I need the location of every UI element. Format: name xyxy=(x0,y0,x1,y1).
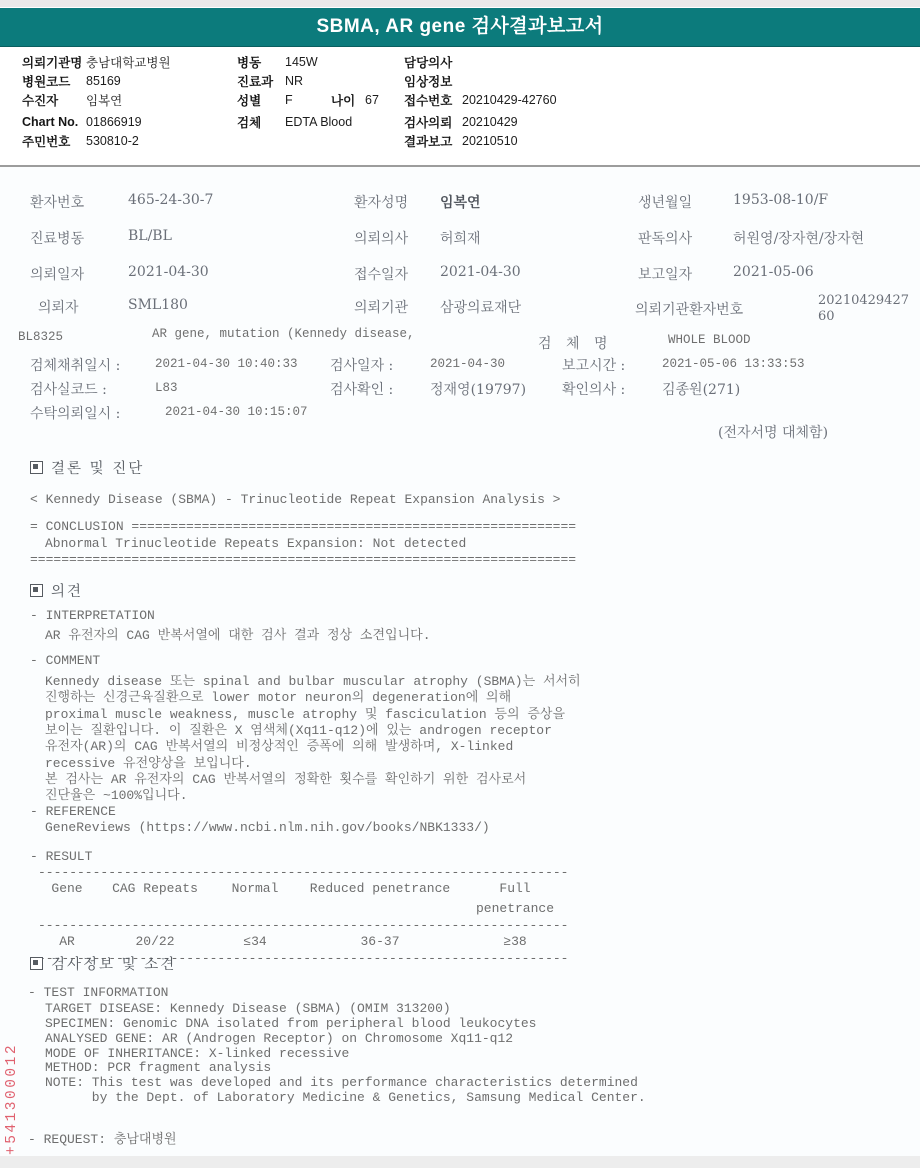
request-line: - REQUEST: 충남대병원 xyxy=(28,1128,177,1147)
patient-field-label: 환자성명 xyxy=(354,192,408,212)
test-info-line: TARGET DISEASE: Kennedy Disease (SBMA) (… xyxy=(45,1001,451,1016)
bottom-edge-strip xyxy=(0,1156,920,1168)
analysis-title: < Kennedy Disease (SBMA) - Trinucleotide… xyxy=(30,492,561,507)
field-label: Chart No. xyxy=(22,115,86,129)
field-label: 결과보고 xyxy=(404,132,462,150)
field-label: 검사의뢰 xyxy=(404,113,462,131)
patient-field-value: 삼광의료재단 xyxy=(440,297,521,317)
section-bullet-icon xyxy=(30,584,43,597)
patient-field-label: 환자번호 xyxy=(30,192,84,212)
field-label: 성별 xyxy=(237,91,285,109)
field-value: 530810-2 xyxy=(86,134,139,148)
lab-code-label: 검사실코드 : xyxy=(30,379,107,399)
header-row: 담당의사 xyxy=(404,52,557,71)
table-cell: 36-37 xyxy=(296,932,464,952)
test-info-line: NOTE: This test was developed and its pe… xyxy=(45,1075,638,1090)
patient-field-value: 허희재 xyxy=(440,228,481,248)
reference-label: - REFERENCE xyxy=(30,804,116,819)
header-row: 성별F나이67 xyxy=(237,91,379,110)
table-cell: ≤34 xyxy=(214,932,296,952)
column-header: Gene xyxy=(38,879,96,919)
patient-field-value: 허원영/장자현/장자현 xyxy=(733,228,864,248)
field-value: 충남대학교병원 xyxy=(86,53,171,71)
report-page: SBMA, AR gene 검사결과보고서 의뢰기관명충남대학교병원 병원코드8… xyxy=(0,0,920,1168)
header-row: 의뢰기관명충남대학교병원 xyxy=(22,52,171,71)
section-opinion-title: 의견 xyxy=(30,580,83,601)
column-header: Reduced penetrance xyxy=(296,879,464,919)
request-datetime-label: 수탁의뢰일시 : xyxy=(30,403,120,423)
test-date-value: 2021-04-30 xyxy=(430,357,505,371)
field-value: NR xyxy=(285,74,303,88)
field-value: 임복연 xyxy=(86,91,122,109)
field-value: 20210510 xyxy=(462,134,518,148)
patient-field-label: 의뢰자 xyxy=(38,297,79,317)
field-label: 임상정보 xyxy=(404,72,462,90)
lab-code-value: L83 xyxy=(155,381,178,395)
field-value: 20210429-42760 xyxy=(462,93,557,107)
header-row: 접수번호20210429-42760 xyxy=(404,91,557,110)
scanned-report-area: 환자번호 465-24-30-7 환자성명 임복연 생년월일 1953-08-1… xyxy=(0,167,920,1156)
header-row: 병동145W xyxy=(237,52,379,71)
column-header: CAG Repeats xyxy=(96,879,214,919)
table-cell: AR xyxy=(38,932,96,952)
conclusion-text: Abnormal Trinucleotide Repeats Expansion… xyxy=(45,536,466,551)
patient-field-value: 2021-04-30 xyxy=(440,264,521,280)
patient-field-value: 465-24-30-7 xyxy=(128,192,213,208)
section-bullet-icon xyxy=(30,461,43,474)
field-value: 20210429 xyxy=(462,115,518,129)
field-value: F xyxy=(285,93,331,107)
request-datetime-value: 2021-04-30 10:15:07 xyxy=(165,405,308,419)
report-title: SBMA, AR gene 검사결과보고서 xyxy=(0,8,920,46)
patient-field-label: 의뢰의사 xyxy=(354,228,408,248)
header-row: 주민번호530810-2 xyxy=(22,132,171,151)
field-value: 145W xyxy=(285,55,318,69)
patient-field-label: 판독의사 xyxy=(638,228,692,248)
test-info-line: SPECIMEN: Genomic DNA isolated from peri… xyxy=(45,1016,536,1031)
field-label: 검체 xyxy=(237,113,285,131)
header-row: 검사의뢰20210429 xyxy=(404,112,557,131)
field-value: EDTA Blood xyxy=(285,115,352,129)
table-row: AR 20/22 ≤34 36-37 ≥38 xyxy=(38,932,568,952)
test-info-line: MODE OF INHERITANCE: X-linked recessive xyxy=(45,1046,349,1061)
confirm-doctor-value: 김종원(271) xyxy=(662,379,740,399)
header-row: 수진자임복연 xyxy=(22,91,171,110)
header-row: Chart No.01866919 xyxy=(22,112,171,131)
header-col-institution: 의뢰기관명충남대학교병원 병원코드85169 수진자임복연 Chart No.0… xyxy=(22,52,171,151)
test-date-label: 검사일자 : xyxy=(330,355,393,375)
test-info-label: - TEST INFORMATION xyxy=(28,985,168,1000)
test-info-line: METHOD: PCR fragment analysis xyxy=(45,1060,271,1075)
patient-field-value: 1953-08-10/F xyxy=(733,192,828,208)
test-code: BL8325 xyxy=(18,330,63,344)
report-banner: SBMA, AR gene 검사결과보고서 xyxy=(0,8,920,47)
header-row: 검체EDTA Blood xyxy=(237,112,379,131)
interpretation-label: - INTERPRETATION xyxy=(30,608,155,623)
header-col-ward: 병동145W 진료과NR 성별F나이67 검체EDTA Blood xyxy=(237,52,379,132)
patient-field-label: 의뢰기관환자번호 xyxy=(635,299,743,319)
patient-field-value: 2021042942760 xyxy=(818,293,916,325)
top-edge-strip xyxy=(0,0,920,8)
confirm-doctor-label: 확인의사 : xyxy=(562,379,625,399)
test-info-line: ANALYSED GENE: AR (Androgen Receptor) on… xyxy=(45,1031,513,1046)
comment-label: - COMMENT xyxy=(30,653,100,668)
patient-field-label: 의뢰기관 xyxy=(354,297,408,317)
conclusion-footer-line: ========================================… xyxy=(30,552,576,567)
patient-field-label: 진료병동 xyxy=(30,228,84,248)
patient-field-value: SML180 xyxy=(128,297,188,313)
specimen-label: 검 체 명 xyxy=(538,333,612,353)
patient-field-label: 접수일자 xyxy=(354,264,408,284)
esign-note: (전자서명 대체함) xyxy=(718,422,828,442)
table-header-row: Gene CAG Repeats Normal Reduced penetran… xyxy=(38,879,568,919)
comment-line: 진단율은 ~100%입니다. xyxy=(45,784,188,803)
field-label: 담당의사 xyxy=(404,53,462,71)
specimen-barcode-number: +541300012 xyxy=(4,995,24,1155)
patient-field-value: 2021-04-30 xyxy=(128,264,209,280)
field-label: 수진자 xyxy=(22,91,86,109)
patient-field-label: 의뢰일자 xyxy=(30,264,84,284)
result-table: ----------------------------------------… xyxy=(38,866,568,965)
table-cell: 20/22 xyxy=(96,932,214,952)
result-label: - RESULT xyxy=(30,849,92,864)
field-label: 병원코드 xyxy=(22,72,86,90)
table-separator: ----------------------------------------… xyxy=(38,866,568,879)
patient-field-label: 보고일자 xyxy=(638,264,692,284)
field-value: 67 xyxy=(365,93,379,107)
reference-text: GeneReviews (https://www.ncbi.nlm.nih.go… xyxy=(45,820,490,835)
test-name: AR gene, mutation (Kennedy disease, xyxy=(152,327,415,341)
conclusion-header-line: = CONCLUSION ===========================… xyxy=(30,519,576,534)
report-time-value: 2021-05-06 13:33:53 xyxy=(662,357,805,371)
field-label: 접수번호 xyxy=(404,91,462,109)
table-separator: ----------------------------------------… xyxy=(38,919,568,932)
collected-value: 2021-04-30 10:40:33 xyxy=(155,357,298,371)
collected-label: 검체채취일시 : xyxy=(30,355,120,375)
field-label: 의뢰기관명 xyxy=(22,53,86,71)
header-col-registration: 담당의사 임상정보 접수번호20210429-42760 검사의뢰2021042… xyxy=(404,52,557,151)
patient-field-label: 생년월일 xyxy=(638,192,692,212)
field-label: 나이 xyxy=(331,91,365,109)
column-header: Full penetrance xyxy=(464,879,566,919)
section-conclusion-title: 결론 및 진단 xyxy=(30,457,144,478)
header-row: 임상정보 xyxy=(404,71,557,90)
field-label: 병동 xyxy=(237,53,285,71)
patient-field-value: BL/BL xyxy=(128,228,172,244)
report-time-label: 보고시간 : xyxy=(562,355,625,375)
patient-field-value: 2021-05-06 xyxy=(733,264,814,280)
interpretation-text: AR 유전자의 CAG 반복서열에 대한 검사 결과 정상 소견입니다. xyxy=(45,624,431,643)
header-row: 결과보고20210510 xyxy=(404,132,557,151)
column-header: Normal xyxy=(214,879,296,919)
specimen-value: WHOLE BLOOD xyxy=(668,333,751,347)
section-bullet-icon xyxy=(30,957,43,970)
header-row: 병원코드85169 xyxy=(22,71,171,90)
verified-label: 검사확인 : xyxy=(330,379,393,399)
field-label: 주민번호 xyxy=(22,132,86,150)
field-value: 01866919 xyxy=(86,115,142,129)
verified-value: 정재영(19797) xyxy=(430,379,526,399)
patient-field-value: 임복연 xyxy=(440,192,481,212)
header-row: 진료과NR xyxy=(237,71,379,90)
field-value: 85169 xyxy=(86,74,121,88)
field-label: 진료과 xyxy=(237,72,285,90)
section-test-info-title: 검사정보 및 소견 xyxy=(30,953,176,974)
table-cell: ≥38 xyxy=(464,932,566,952)
test-info-line: by the Dept. of Laboratory Medicine & Ge… xyxy=(45,1090,646,1105)
